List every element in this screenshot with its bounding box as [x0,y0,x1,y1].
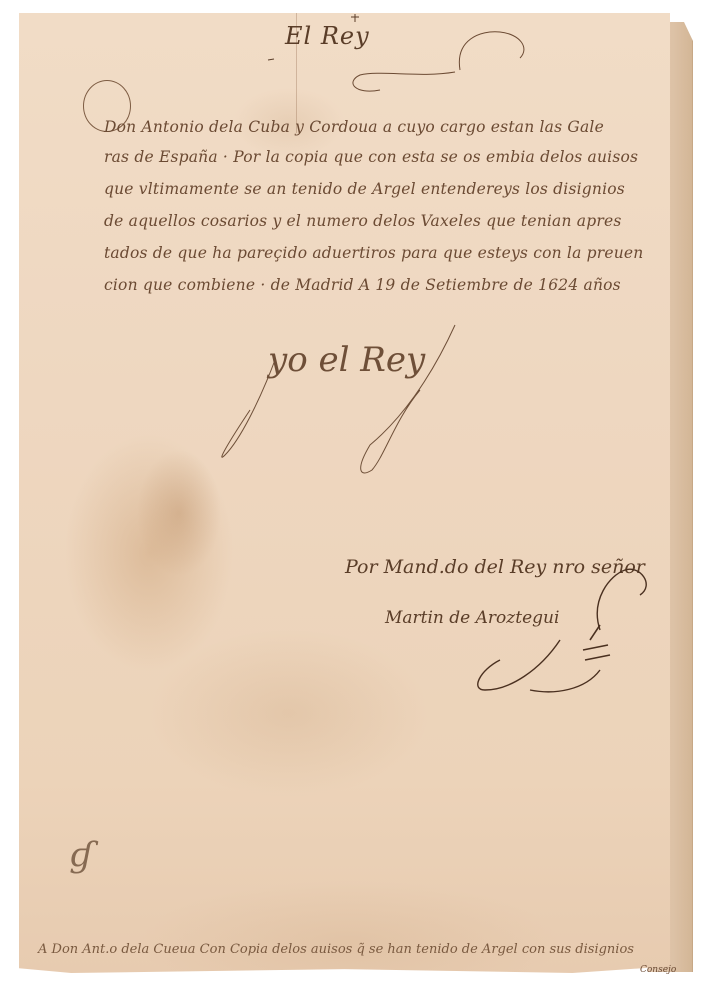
margin-mark: ɠ [70,835,93,875]
secretary-rubric-icon [0,0,707,720]
endorsement-note: A Don Ant.o dela Cueua Con Copia delos a… [38,942,634,957]
endorsement-tail: Consejo [640,965,676,975]
